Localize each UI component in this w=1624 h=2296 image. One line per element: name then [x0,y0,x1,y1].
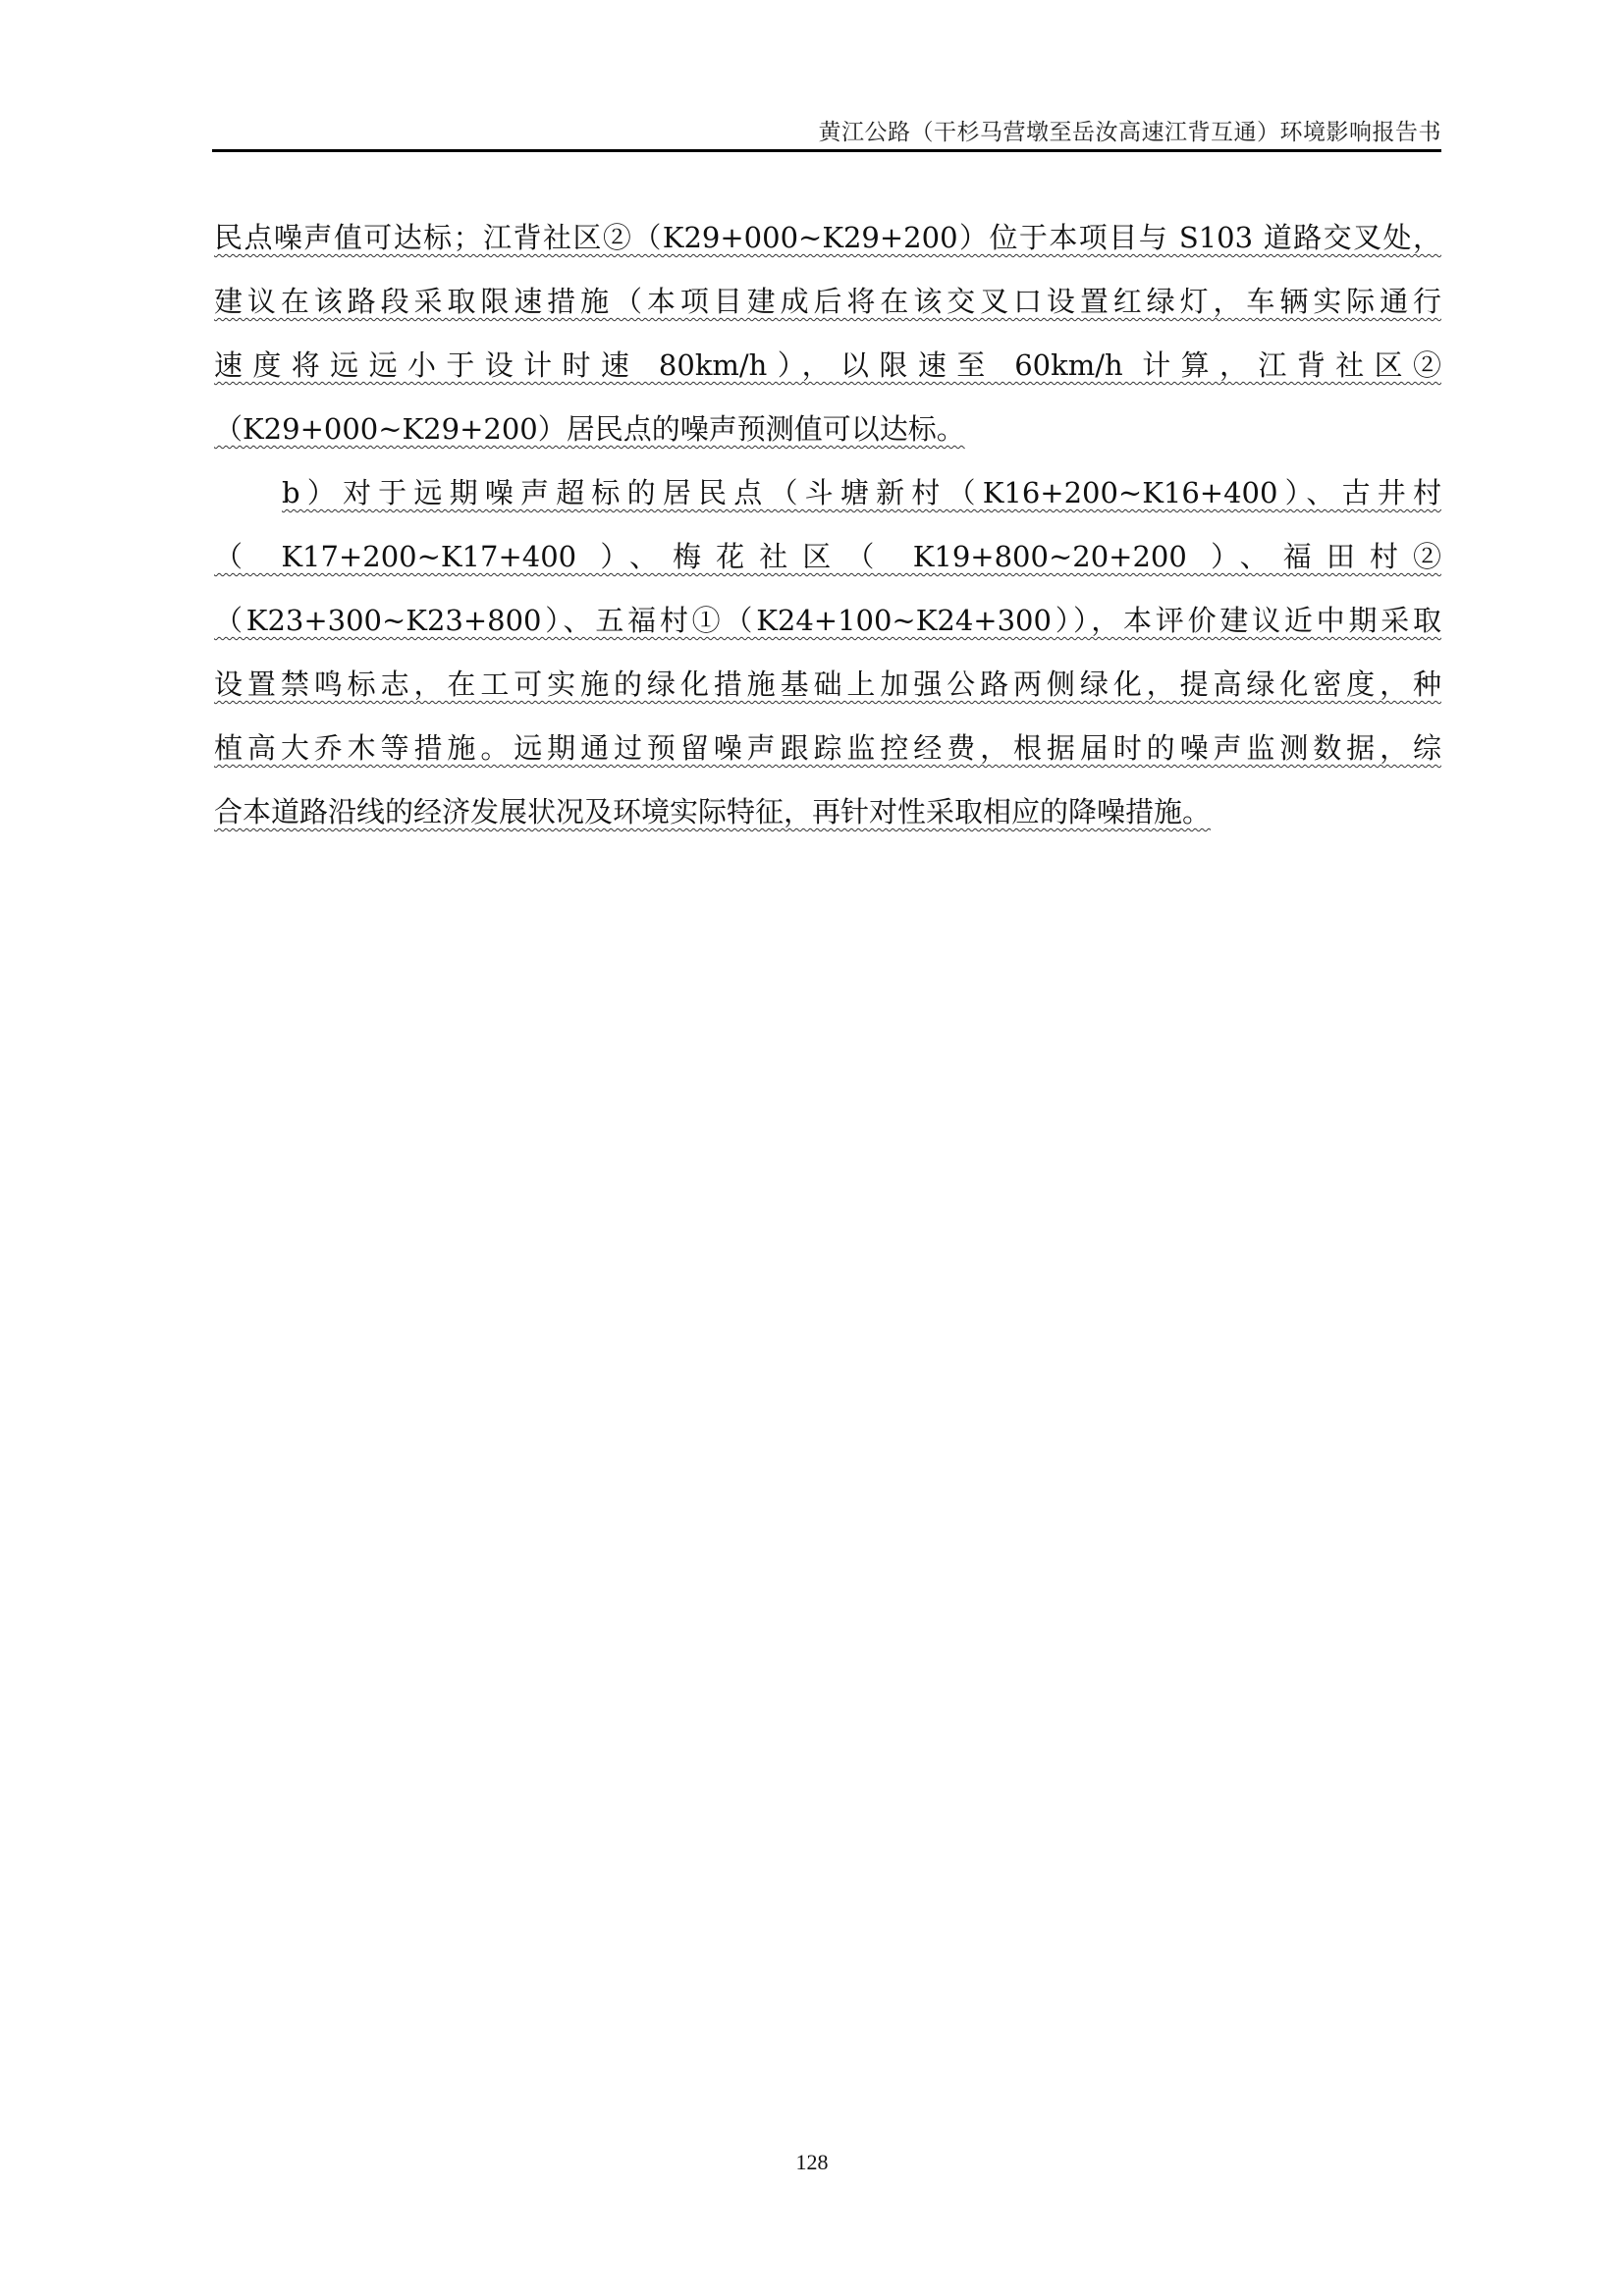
text-line: b）对于远期噪声超标的居民点（斗塘新村（K16+200~K16+400）、古井村 [214,473,1441,537]
text-line: 设置禁鸣标志，在工可实施的绿化措施基础上加强公路两侧绿化，提高绿化密度，种 [214,665,1441,728]
page-header: 黄江公路（干杉马营墩至岳汝高速江背互通）环境影响报告书 [212,108,1441,153]
paragraph-item-b: b）对于远期噪声超标的居民点（斗塘新村（K16+200~K16+400）、古井村… [214,473,1441,856]
text-line: （K29+000~K29+200）居民点的噪声预测值可以达标。 [214,409,1441,473]
body-text: 民点噪声值可达标；江背社区②（K29+000~K29+200）位于本项目与 S1… [214,218,1441,856]
text-line: 合本道路沿线的经济发展状况及环境实际特征，再针对性采取相应的降噪措施。 [214,792,1441,856]
paragraph-continued: 民点噪声值可达标；江背社区②（K29+000~K29+200）位于本项目与 S1… [214,218,1441,473]
text-line: （ K17+200~K17+400 ）、梅花社区（ K19+800~20+200… [214,537,1441,601]
text-line: 民点噪声值可达标；江背社区②（K29+000~K29+200）位于本项目与 S1… [214,218,1441,282]
text-line: 建议在该路段采取限速措施（本项目建成后将在该交叉口设置红绿灯，车辆实际通行 [214,282,1441,346]
page-number: 128 [0,2150,1624,2175]
document-page: 黄江公路（干杉马营墩至岳汝高速江背互通）环境影响报告书 民点噪声值可达标；江背社… [0,0,1624,2296]
report-title: 黄江公路（干杉马营墩至岳汝高速江背互通）环境影响报告书 [819,114,1442,146]
text-line: 植高大乔木等措施。远期通过预留噪声跟踪监控经费，根据届时的噪声监测数据，综 [214,728,1441,792]
text-line: （K23+300~K23+800）、五福村①（K24+100~K24+300））… [214,601,1441,665]
text-line: 速度将远远小于设计时速 80km/h），以限速至 60km/h 计算，江背社区② [214,346,1441,409]
header-rule [212,149,1441,152]
